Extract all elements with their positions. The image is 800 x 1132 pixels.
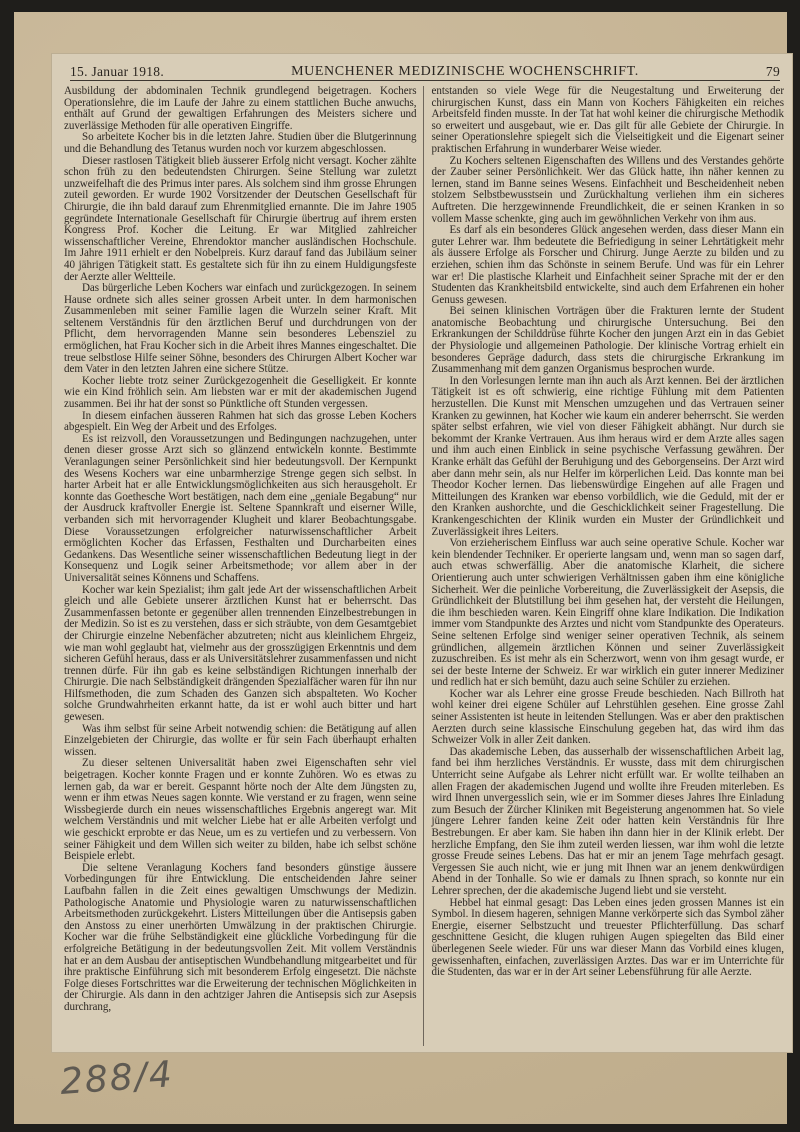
- left-column: Ausbildung der abdominalen Technik grund…: [64, 86, 423, 1046]
- paragraph: Von erzieherischem Einfluss war auch sei…: [432, 538, 785, 689]
- paragraph: Das bürgerliche Leben Kochers war einfac…: [64, 283, 417, 376]
- page-header: 15. Januar 1918. MUENCHENER MEDIZINISCHE…: [70, 58, 780, 81]
- paragraph: Es darf als ein besonderes Glück angeseh…: [432, 225, 785, 306]
- paragraph: entstanden so viele Wege für die Neugest…: [432, 86, 785, 156]
- paragraph: Die seltene Veranlagung Kochers fand bes…: [64, 863, 417, 1014]
- issue-date: 15. Januar 1918.: [70, 64, 164, 80]
- paragraph: Ausbildung der abdominalen Technik grund…: [64, 86, 417, 132]
- paragraph: Was ihm selbst für seine Arbeit notwendi…: [64, 724, 417, 759]
- pencil-annotation: 288/4: [59, 1054, 175, 1103]
- paragraph: Kocher war als Lehrer eine grosse Freude…: [432, 689, 785, 747]
- paragraph: Kocher liebte trotz seiner Zurückgezogen…: [64, 376, 417, 411]
- paragraph: Kocher war kein Spezialist; ihm galt jed…: [64, 585, 417, 724]
- paragraph: Zu dieser seltenen Universalität haben z…: [64, 758, 417, 862]
- paragraph: Dieser rastlosen Tätigkeit blieb äussere…: [64, 156, 417, 284]
- right-column: entstanden so viele Wege für die Neugest…: [423, 86, 785, 1046]
- paragraph: Es ist reizvoll, den Voraussetzungen und…: [64, 434, 417, 585]
- newspaper-clipping: 15. Januar 1918. MUENCHENER MEDIZINISCHE…: [52, 54, 792, 1052]
- mounting-board: 15. Januar 1918. MUENCHENER MEDIZINISCHE…: [14, 12, 787, 1124]
- paragraph: In diesem einfachen äusseren Rahmen hat …: [64, 411, 417, 434]
- paragraph: Bei seinen klinischen Vorträgen über die…: [432, 306, 785, 376]
- paragraph: In den Vorlesungen lernte man ihn auch a…: [432, 376, 785, 538]
- paragraph: So arbeitete Kocher bis in die letzten J…: [64, 132, 417, 155]
- paragraph: Zu Kochers seltenen Eigenschaften des Wi…: [432, 156, 785, 226]
- article-body: Ausbildung der abdominalen Technik grund…: [64, 86, 784, 1046]
- paragraph: Hebbel hat einmal gesagt: Das Leben eine…: [432, 898, 785, 979]
- paragraph: Das akademische Leben, das ausserhalb de…: [432, 747, 785, 898]
- page-number: 79: [766, 64, 780, 80]
- journal-title: MUENCHENER MEDIZINISCHE WOCHENSCHRIFT.: [291, 64, 639, 80]
